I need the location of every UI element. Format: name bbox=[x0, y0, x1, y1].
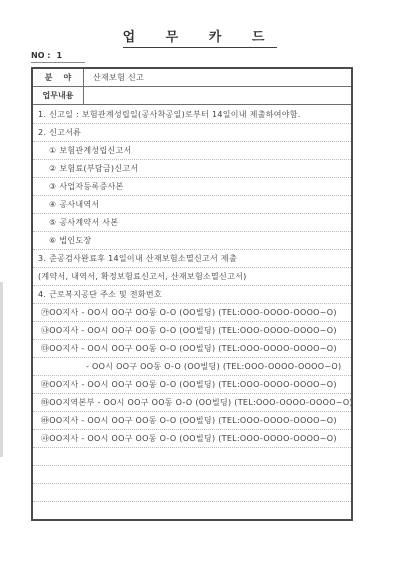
table-row: ㉲OO지역본부 - OO시 OO구 OO동 O-O (OO빌딩) (TEL:OO… bbox=[33, 393, 351, 411]
table-row: 1. 신고일 : 보험관계성립일(공사착공일)로부터 14일이내 제출하여야함. bbox=[33, 105, 351, 123]
table-body: 1. 신고일 : 보험관계성립일(공사착공일)로부터 14일이내 제출하여야함.… bbox=[33, 105, 351, 519]
page-title: 업 무 카 드 bbox=[123, 26, 278, 48]
scan-edge-shadow bbox=[0, 282, 3, 457]
document-number-value: 1 bbox=[56, 51, 62, 60]
table-row bbox=[33, 501, 351, 519]
table-row: ① 보험관계성립신고서 bbox=[33, 141, 351, 159]
table-row: ④ 공사내역서 bbox=[33, 195, 351, 213]
table-row: ⑥ 법인도장 bbox=[33, 231, 351, 249]
document-number: NO :1 bbox=[31, 51, 85, 63]
content-header-row: 업무내용 bbox=[33, 87, 351, 105]
table-row: ⑤ 공사계약서 사본 bbox=[33, 213, 351, 231]
field-label-cell: 분 야 bbox=[33, 69, 84, 86]
table-row: ㉴OO지사 - OO시 OO구 OO동 O-O (OO빌딩) (TEL:OOO-… bbox=[33, 429, 351, 447]
field-header-row: 분 야 산재보험 신고 bbox=[33, 69, 351, 87]
table-row bbox=[33, 465, 351, 483]
table-row bbox=[33, 483, 351, 501]
table-row: (계약서, 내역서, 확정보험료신고서, 산재보험소멸신고서) bbox=[33, 267, 351, 285]
title-area: 업 무 카 드 bbox=[0, 26, 400, 48]
table-row: ② 보험료(부담금)신고서 bbox=[33, 159, 351, 177]
table-row: - OO시 OO구 OO동 O-O (OO빌딩) (TEL:OOO-OOOO-O… bbox=[33, 357, 351, 375]
document-number-label: NO : bbox=[31, 51, 50, 60]
table-row bbox=[33, 447, 351, 465]
table-row: 4. 근로복지공단 주소 및 전화번호 bbox=[33, 285, 351, 303]
content-label-cell: 업무내용 bbox=[33, 87, 84, 104]
work-card-page: 업 무 카 드 NO :1 분 야 산재보험 신고 업무내용 1. 신고일 : … bbox=[0, 0, 400, 566]
table-row: ㉰OO지사 - OO시 OO구 OO동 O-O (OO빌딩) (TEL:OOO-… bbox=[33, 339, 351, 357]
table-row: 2. 신고서류 bbox=[33, 123, 351, 141]
table-row: ㉳OO지사 - OO시 OO구 OO동 O-O (OO빌딩) (TEL:OOO-… bbox=[33, 411, 351, 429]
table-row: ㉮OO지사 - OO시 OO구 OO동 O-O (OO빌딩) (TEL:OOO-… bbox=[33, 303, 351, 321]
content-value-cell bbox=[84, 87, 351, 104]
table-row: ㉯OO지사 - OO시 OO구 OO동 O-O (OO빌딩) (TEL:OOO-… bbox=[33, 321, 351, 339]
table-row: ㉱OO지사 - OO시 OO구 OO동 O-O (OO빌딩) (TEL:OOO-… bbox=[33, 375, 351, 393]
field-value-cell: 산재보험 신고 bbox=[84, 69, 351, 86]
table-row: ③ 사업자등록증사본 bbox=[33, 177, 351, 195]
work-card-table: 분 야 산재보험 신고 업무내용 1. 신고일 : 보험관계성립일(공사착공일)… bbox=[31, 67, 353, 521]
table-row: 3. 준공검사완료후 14일이내 산재보험소멸신고서 제출 bbox=[33, 249, 351, 267]
